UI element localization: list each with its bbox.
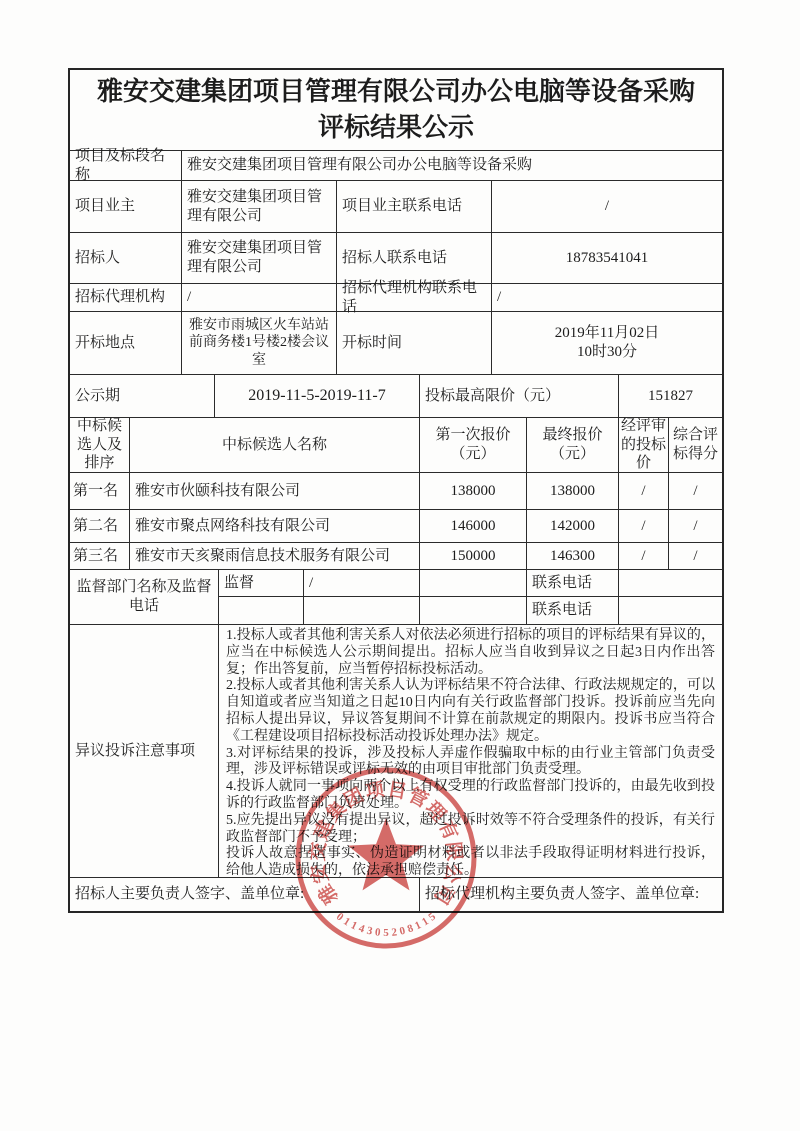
supervision-dept-label bbox=[219, 597, 304, 625]
candidate-final-offer: 146300 bbox=[527, 543, 619, 570]
objection-paragraph: 3.对评标结果的投诉，涉及投标人弄虚作假骗取中标的由行业主管部门负责受理，涉及评… bbox=[226, 746, 715, 780]
objection-paragraph: 2.投标人或者其他利害关系人认为评标结果不符合法律、行政法规规定的，可以自知道或… bbox=[226, 678, 715, 745]
svg-text:8: 8 bbox=[406, 922, 416, 935]
bidder-label: 招标人 bbox=[70, 233, 182, 284]
row-venue-time: 开标地点 雅安市雨城区火车站站前商务楼1号楼2楼会议室 开标时间 2019年11… bbox=[70, 312, 722, 375]
bidder-phone-value: 18783541041 bbox=[492, 233, 722, 284]
objection-paragraph: 4.投诉人就同一事项向两个以上有权受理的行政监督部门投诉的，由最先收到投诉的行政… bbox=[226, 779, 715, 813]
time-label: 开标时间 bbox=[337, 312, 492, 375]
candidate-reviewed-price: / bbox=[619, 543, 669, 570]
candidates-header-row: 中标候选人及排序 中标候选人名称 第一次报价（元） 最终报价（元） 经评审的投标… bbox=[70, 418, 722, 473]
price-limit-value: 151827 bbox=[619, 375, 722, 418]
owner-phone-label: 项目业主联系电话 bbox=[337, 181, 492, 233]
header-final-offer: 最终报价（元） bbox=[527, 418, 619, 473]
agency-phone-value: / bbox=[492, 284, 722, 312]
bidder-phone-label: 招标人联系电话 bbox=[337, 233, 492, 284]
candidate-name: 雅安市聚点网络科技有限公司 bbox=[130, 510, 420, 543]
bidder-signature-label: 招标人主要负责人签字、盖单位章: bbox=[70, 878, 420, 911]
objection-notes: 1.投标人或者其他利害关系人对依法必须进行招标的项目的评标结果有异议的，应当在中… bbox=[219, 625, 722, 878]
candidate-row-2: 第二名 雅安市聚点网络科技有限公司 146000 142000 / / bbox=[70, 510, 722, 543]
candidate-row-3: 第三名 雅安市天亥聚雨信息技术服务有限公司 150000 146300 / / bbox=[70, 543, 722, 570]
project-name-value: 雅安交建集团项目管理有限公司办公电脑等设备采购 bbox=[182, 151, 722, 181]
candidate-rank: 第二名 bbox=[70, 510, 130, 543]
candidate-first-offer: 150000 bbox=[420, 543, 527, 570]
row-project: 项目及标段名称 雅安交建集团项目管理有限公司办公电脑等设备采购 bbox=[70, 151, 722, 181]
supervision-dept-value: / bbox=[304, 570, 420, 597]
document-title-line1: 雅安交建集团项目管理有限公司办公电脑等设备采购 bbox=[70, 74, 722, 110]
time-value-date: 2019年11月02日 bbox=[555, 324, 659, 343]
supervision-mid-cell bbox=[420, 597, 527, 625]
supervision-phone-value bbox=[619, 570, 722, 597]
supervision-dept-label: 监督 bbox=[219, 570, 304, 597]
time-value: 2019年11月02日 10时30分 bbox=[492, 312, 722, 375]
agency-signature-label: 招标代理机构主要负责人签字、盖单位章: bbox=[420, 878, 722, 911]
candidate-reviewed-price: / bbox=[619, 510, 669, 543]
bidder-value: 雅安交建集团项目管理有限公司 bbox=[182, 233, 337, 284]
svg-text:0: 0 bbox=[374, 926, 381, 939]
objection-paragraph: 投诉人故意捏造事实、伪造证明材料或者以非法手段取得证明材料进行投诉，给他人造成损… bbox=[226, 846, 715, 880]
svg-text:2: 2 bbox=[391, 926, 398, 939]
row-agency: 招标代理机构 / 招标代理机构联系电话 / bbox=[70, 284, 722, 312]
svg-text:1: 1 bbox=[413, 919, 423, 932]
candidate-reviewed-price: / bbox=[619, 473, 669, 510]
supervision-row-1: 监督 / 联系电话 bbox=[219, 570, 722, 597]
price-limit-label: 投标最高限价（元） bbox=[420, 375, 619, 418]
svg-text:0: 0 bbox=[398, 925, 406, 938]
header-rank: 中标候选人及排序 bbox=[70, 418, 130, 473]
candidate-name: 雅安市天亥聚雨信息技术服务有限公司 bbox=[130, 543, 420, 570]
supervision-label: 监督部门名称及监督电话 bbox=[70, 570, 219, 625]
svg-text:4: 4 bbox=[357, 922, 367, 935]
row-bidder: 招标人 雅安交建集团项目管理有限公司 招标人联系电话 18783541041 bbox=[70, 233, 722, 284]
supervision-phone-label: 联系电话 bbox=[527, 597, 619, 625]
document-title: 雅安交建集团项目管理有限公司办公电脑等设备采购 评标结果公示 bbox=[70, 70, 722, 151]
objection-block: 异议投诉注意事项 1.投标人或者其他利害关系人对依法必须进行招标的项目的评标结果… bbox=[70, 625, 722, 878]
venue-value: 雅安市雨城区火车站站前商务楼1号楼2楼会议室 bbox=[182, 312, 337, 375]
row-owner: 项目业主 雅安交建集团项目管理有限公司 项目业主联系电话 / bbox=[70, 181, 722, 233]
candidate-row-1: 第一名 雅安市伙颐科技有限公司 138000 138000 / / bbox=[70, 473, 722, 510]
supervision-row-2: 联系电话 bbox=[219, 597, 722, 625]
objection-paragraph: 5.应先提出异议没有提出异议，超过投诉时效等不符合受理条件的投诉，有关行政监督部… bbox=[226, 813, 715, 847]
candidate-score: / bbox=[669, 510, 722, 543]
agency-phone-label: 招标代理机构联系电话 bbox=[337, 284, 492, 312]
candidate-first-offer: 138000 bbox=[420, 473, 527, 510]
time-value-hour: 10时30分 bbox=[577, 343, 637, 362]
candidate-rank: 第三名 bbox=[70, 543, 130, 570]
supervision-mid-cell bbox=[420, 570, 527, 597]
supervision-block: 监督部门名称及监督电话 监督 / 联系电话 联系电话 bbox=[70, 570, 722, 625]
svg-text:5: 5 bbox=[383, 927, 389, 939]
signature-row: 招标人主要负责人签字、盖单位章: 招标代理机构主要负责人签字、盖单位章: bbox=[70, 878, 722, 911]
publicity-label: 公示期 bbox=[70, 375, 215, 418]
svg-text:1: 1 bbox=[420, 915, 431, 928]
venue-label: 开标地点 bbox=[70, 312, 182, 375]
project-name-label: 项目及标段名称 bbox=[70, 151, 182, 181]
svg-text:1: 1 bbox=[349, 919, 359, 932]
row-publicity: 公示期 2019-11-5-2019-11-7 投标最高限价（元） 151827 bbox=[70, 375, 722, 418]
supervision-phone-label: 联系电话 bbox=[527, 570, 619, 597]
candidate-final-offer: 142000 bbox=[527, 510, 619, 543]
objection-paragraph: 1.投标人或者其他利害关系人对依法必须进行招标的项目的评标结果有异议的，应当在中… bbox=[226, 628, 715, 678]
candidate-score: / bbox=[669, 543, 722, 570]
owner-label: 项目业主 bbox=[70, 181, 182, 233]
objection-label: 异议投诉注意事项 bbox=[70, 625, 219, 878]
header-reviewed-price: 经评审的投标价 bbox=[619, 418, 669, 473]
publicity-value: 2019-11-5-2019-11-7 bbox=[215, 375, 420, 418]
owner-phone-value: / bbox=[492, 181, 722, 233]
header-score: 综合评标得分 bbox=[669, 418, 722, 473]
svg-text:3: 3 bbox=[366, 925, 374, 938]
owner-value: 雅安交建集团项目管理有限公司 bbox=[182, 181, 337, 233]
candidate-final-offer: 138000 bbox=[527, 473, 619, 510]
header-first-offer: 第一次报价（元） bbox=[420, 418, 527, 473]
supervision-phone-value bbox=[619, 597, 722, 625]
svg-text:1: 1 bbox=[341, 915, 352, 928]
supervision-dept-value bbox=[304, 597, 420, 625]
candidate-score: / bbox=[669, 473, 722, 510]
candidate-name: 雅安市伙颐科技有限公司 bbox=[130, 473, 420, 510]
announcement-table: 雅安交建集团项目管理有限公司办公电脑等设备采购 评标结果公示 项目及标段名称 雅… bbox=[68, 68, 724, 913]
candidate-rank: 第一名 bbox=[70, 473, 130, 510]
agency-label: 招标代理机构 bbox=[70, 284, 182, 312]
candidate-first-offer: 146000 bbox=[420, 510, 527, 543]
agency-value: / bbox=[182, 284, 337, 312]
header-candidate-name: 中标候选人名称 bbox=[130, 418, 420, 473]
document-title-line2: 评标结果公示 bbox=[70, 110, 722, 146]
